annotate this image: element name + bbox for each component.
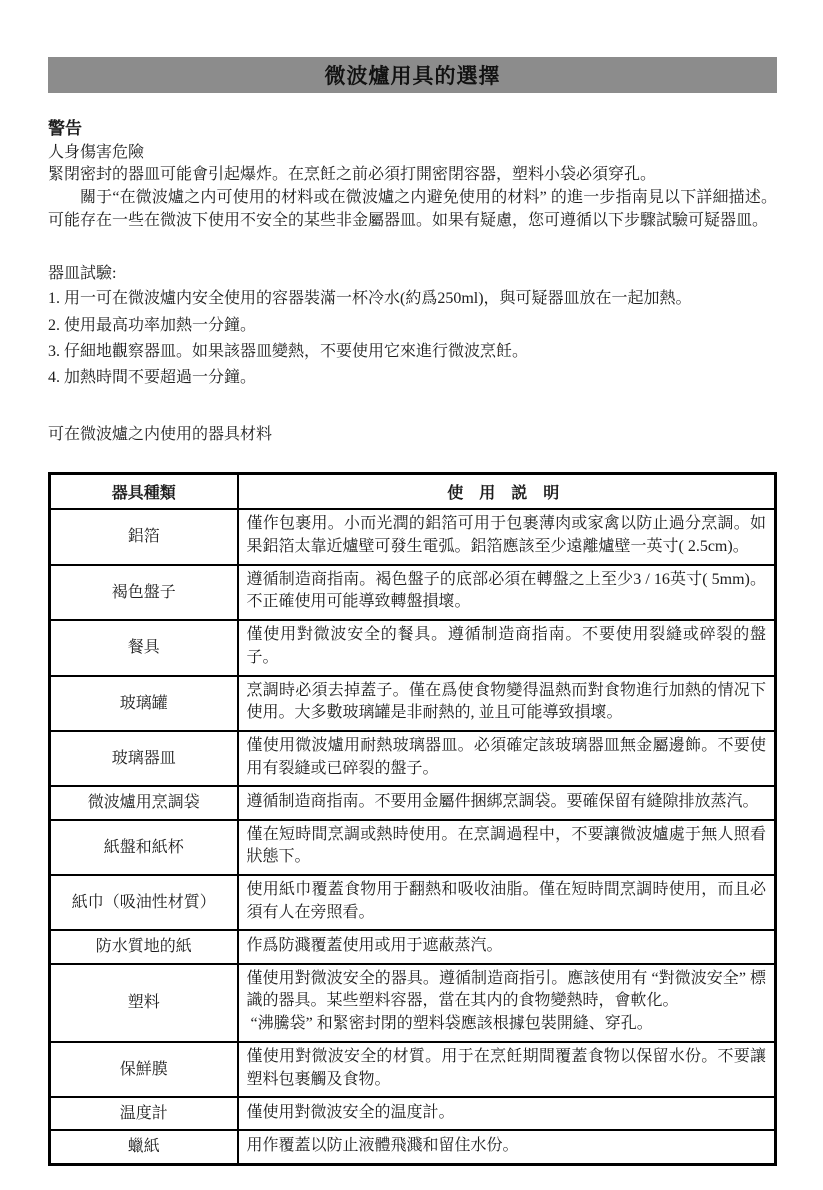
test-heading: 器皿試驗: — [48, 262, 777, 286]
usage-description-line: 僅使用微波爐用耐熱玻璃器皿。必須確定該玻璃器皿無金屬邊飾。不要使用有裂縫或已碎裂… — [247, 735, 767, 780]
test-section: 器皿試驗: 1. 用一可在微波爐内安全使用的容器裝滿一杯冷水(約爲250ml)，… — [48, 262, 777, 392]
utensil-type-cell: 塑料 — [50, 964, 238, 1042]
page-title-bar: 微波爐用具的選擇 — [48, 57, 777, 93]
utensil-type-cell: 蠟紙 — [50, 1130, 238, 1164]
usage-description-line: 遵循制造商指南。不要用金屬件捆綁烹調袋。要確保留有縫隙排放蒸汽。 — [247, 791, 767, 814]
usage-description-cell: 僅使用對微波安全的餐具。遵循制造商指南。不要使用裂縫或碎裂的盤子。 — [238, 620, 776, 675]
utensil-type-cell: 鋁箔 — [50, 509, 238, 564]
utensil-type-cell: 温度計 — [50, 1097, 238, 1130]
table-row: 褐色盤子遵循制造商指南。褐色盤子的底部必須在轉盤之上至少3 / 16英寸( 5m… — [50, 565, 776, 620]
usage-description-line: 使用紙巾覆蓋食物用于翻熱和吸收油脂。僅在短時間烹調時使用，而且必須有人在旁照看。 — [247, 879, 767, 924]
document-page: 微波爐用具的選擇 警告 人身傷害危險 緊閉密封的器皿可能會引起爆炸。在烹飪之前必… — [48, 57, 777, 1166]
table-row: 玻璃器皿僅使用微波爐用耐熱玻璃器皿。必須確定該玻璃器皿無金屬邊飾。不要使用有裂縫… — [50, 731, 776, 786]
usage-description-line: 僅使用對微波安全的温度計。 — [247, 1102, 767, 1125]
usage-description-line: 用作覆蓋以防止液體飛濺和留住水份。 — [247, 1135, 767, 1158]
usage-description-line: 僅作包裹用。小而光潤的鋁箔可用于包裹薄肉或家禽以防止過分烹調。如果鋁箔太靠近爐壁… — [247, 513, 767, 558]
test-step: 3. 仔細地觀察器皿。如果該器皿變熱，不要使用它來進行微波烹飪。 — [48, 339, 777, 365]
test-step: 4. 加熱時間不要超過一分鐘。 — [48, 365, 777, 391]
usage-description-line: 僅使用對微波安全的材質。用于在烹飪期間覆蓋食物以保留水份。不要讓塑料包裹觸及食物… — [247, 1046, 767, 1091]
utensil-type-cell: 保鮮膜 — [50, 1042, 238, 1097]
warning-paragraph-2: 關于“在微波爐之内可使用的材料或在微波爐之内避免使用的材料” 的進一步指南見以下… — [48, 187, 777, 232]
utensil-type-cell: 玻璃器皿 — [50, 731, 238, 786]
table-row: 紙巾（吸油性材質）使用紙巾覆蓋食物用于翻熱和吸收油脂。僅在短時間烹調時使用，而且… — [50, 875, 776, 930]
utensil-type-cell: 褐色盤子 — [50, 565, 238, 620]
usage-description-line: 僅使用對微波安全的器具。遵循制造商指引。應該使用有 “對微波安全” 標識的器具。… — [247, 968, 767, 1013]
usage-description-cell: 僅使用對微波安全的材質。用于在烹飪期間覆蓋食物以保留水份。不要讓塑料包裹觸及食物… — [238, 1042, 776, 1097]
usage-description-cell: 使用紙巾覆蓋食物用于翻熱和吸收油脂。僅在短時間烹調時使用，而且必須有人在旁照看。 — [238, 875, 776, 930]
test-step: 2. 使用最高功率加熱一分鐘。 — [48, 313, 777, 339]
usage-description-cell: 用作覆蓋以防止液體飛濺和留住水份。 — [238, 1130, 776, 1164]
warning-paragraphs: 緊閉密封的器皿可能會引起爆炸。在烹飪之前必須打開密閉容器，塑料小袋必須穿孔。 關… — [48, 164, 777, 232]
utensil-type-cell: 玻璃罐 — [50, 676, 238, 731]
table-row: 微波爐用烹調袋遵循制造商指南。不要用金屬件捆綁烹調袋。要確保留有縫隙排放蒸汽。 — [50, 786, 776, 819]
test-step: 1. 用一可在微波爐内安全使用的容器裝滿一杯冷水(約爲250ml)，與可疑器皿放… — [48, 286, 777, 312]
table-header-row: 器具種類 使 用 説 明 — [50, 474, 776, 510]
materials-table-body: 鋁箔僅作包裹用。小而光潤的鋁箔可用于包裹薄肉或家禽以防止過分烹調。如果鋁箔太靠近… — [50, 509, 776, 1164]
usage-description-line: 遵循制造商指南。褐色盤子的底部必須在轉盤之上至少3 / 16英寸( 5mm)。不… — [247, 569, 767, 614]
usage-description-cell: 遵循制造商指南。褐色盤子的底部必須在轉盤之上至少3 / 16英寸( 5mm)。不… — [238, 565, 776, 620]
table-row: 防水質地的紙作爲防濺覆蓋使用或用于遮蔽蒸汽。 — [50, 930, 776, 963]
warning-paragraph-1: 緊閉密封的器皿可能會引起爆炸。在烹飪之前必須打開密閉容器，塑料小袋必須穿孔。 — [48, 164, 777, 187]
usage-description-cell: 烹調時必須去掉蓋子。僅在爲使食物變得温熱而對食物進行加熱的情况下使用。大多數玻璃… — [238, 676, 776, 731]
table-row: 餐具僅使用對微波安全的餐具。遵循制造商指南。不要使用裂縫或碎裂的盤子。 — [50, 620, 776, 675]
usage-description-cell: 僅使用微波爐用耐熱玻璃器皿。必須確定該玻璃器皿無金屬邊飾。不要使用有裂縫或已碎裂… — [238, 731, 776, 786]
table-row: 保鮮膜僅使用對微波安全的材質。用于在烹飪期間覆蓋食物以保留水份。不要讓塑料包裹觸… — [50, 1042, 776, 1097]
warning-heading: 警告 — [48, 118, 777, 141]
usage-description-line: 僅在短時間烹調或熱時使用。在烹調過程中，不要讓微波爐處于無人照看狀態下。 — [247, 824, 767, 869]
table-row: 玻璃罐烹調時必須去掉蓋子。僅在爲使食物變得温熱而對食物進行加熱的情况下使用。大多… — [50, 676, 776, 731]
table-row: 蠟紙用作覆蓋以防止液體飛濺和留住水份。 — [50, 1130, 776, 1164]
usage-description-cell: 僅在短時間烹調或熱時使用。在烹調過程中，不要讓微波爐處于無人照看狀態下。 — [238, 820, 776, 875]
utensil-type-cell: 紙巾（吸油性材質） — [50, 875, 238, 930]
utensil-type-cell: 微波爐用烹調袋 — [50, 786, 238, 819]
utensil-type-cell: 防水質地的紙 — [50, 930, 238, 963]
usage-description-line: 烹調時必須去掉蓋子。僅在爲使食物變得温熱而對食物進行加熱的情况下使用。大多數玻璃… — [247, 680, 767, 725]
warning-subheading: 人身傷害危險 — [48, 141, 777, 164]
column-header-usage-description: 使 用 説 明 — [238, 474, 776, 510]
usage-description-cell: 僅使用對微波安全的器具。遵循制造商指引。應該使用有 “對微波安全” 標識的器具。… — [238, 964, 776, 1042]
column-header-utensil-type: 器具種類 — [50, 474, 238, 510]
utensil-type-cell: 餐具 — [50, 620, 238, 675]
table-row: 鋁箔僅作包裹用。小而光潤的鋁箔可用于包裹薄肉或家禽以防止過分烹調。如果鋁箔太靠近… — [50, 509, 776, 564]
usage-description-cell: 遵循制造商指南。不要用金屬件捆綁烹調袋。要確保留有縫隙排放蒸汽。 — [238, 786, 776, 819]
table-row: 塑料僅使用對微波安全的器具。遵循制造商指引。應該使用有 “對微波安全” 標識的器… — [50, 964, 776, 1042]
usage-description-line: 僅使用對微波安全的餐具。遵循制造商指南。不要使用裂縫或碎裂的盤子。 — [247, 624, 767, 669]
table-row: 温度計僅使用對微波安全的温度計。 — [50, 1097, 776, 1130]
usage-description-cell: 僅作包裹用。小而光潤的鋁箔可用于包裹薄肉或家禽以防止過分烹調。如果鋁箔太靠近爐壁… — [238, 509, 776, 564]
usage-description-cell: 僅使用對微波安全的温度計。 — [238, 1097, 776, 1130]
usage-description-cell: 作爲防濺覆蓋使用或用于遮蔽蒸汽。 — [238, 930, 776, 963]
table-row: 紙盤和紙杯僅在短時間烹調或熱時使用。在烹調過程中，不要讓微波爐處于無人照看狀態下… — [50, 820, 776, 875]
materials-table: 器具種類 使 用 説 明 鋁箔僅作包裹用。小而光潤的鋁箔可用于包裹薄肉或家禽以防… — [48, 472, 777, 1165]
utensil-type-cell: 紙盤和紙杯 — [50, 820, 238, 875]
page-title: 微波爐用具的選擇 — [325, 60, 501, 90]
test-steps: 1. 用一可在微波爐内安全使用的容器裝滿一杯冷水(約爲250ml)，與可疑器皿放… — [48, 286, 777, 392]
usage-description-line: 作爲防濺覆蓋使用或用于遮蔽蒸汽。 — [247, 935, 767, 958]
materials-heading: 可在微波爐之内使用的器具材料 — [48, 424, 777, 446]
usage-description-line: “沸騰袋” 和緊密封閉的塑料袋應該根據包裝開縫、穿孔。 — [247, 1013, 767, 1036]
